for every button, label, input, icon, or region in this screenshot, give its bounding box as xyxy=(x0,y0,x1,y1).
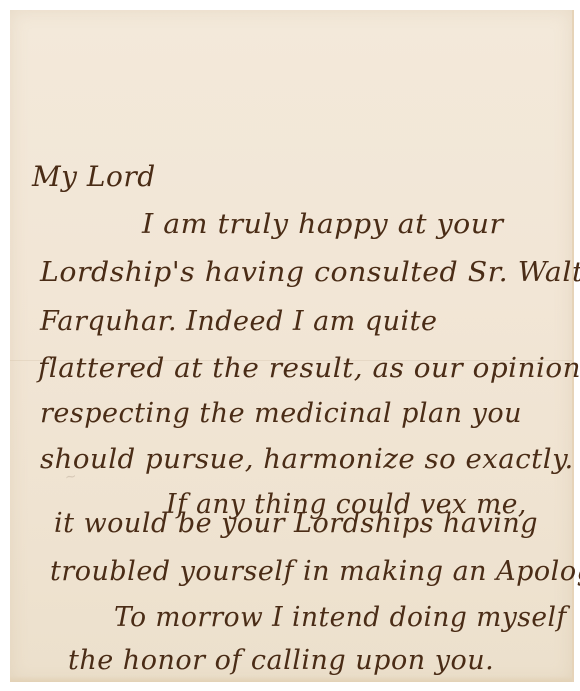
letter-line-1: I am truly happy at your xyxy=(142,209,504,240)
letter-line-5: respecting the medicinal plan you xyxy=(40,398,522,429)
letter-paper: ~ My Lord I am truly happy at your Lords… xyxy=(10,10,574,682)
letter-line-9: troubled yourself in making an Apology. xyxy=(50,556,580,587)
letter-line-4: flattered at the result, as our opinions xyxy=(38,353,580,384)
letter-salutation: My Lord xyxy=(32,160,156,193)
letter-line-2: Lordship's having consulted Sr. Walter xyxy=(40,257,580,288)
letter-line-8: it would be your Lordships having xyxy=(54,508,538,539)
letter-line-6: should pursue, harmonize so exactly. xyxy=(40,444,574,475)
letter-line-3: Farquhar. Indeed I am quite xyxy=(40,306,438,337)
letter-line-10: To morrow I intend doing myself xyxy=(114,602,567,633)
letter-line-11: the honor of calling upon you. xyxy=(68,645,494,676)
